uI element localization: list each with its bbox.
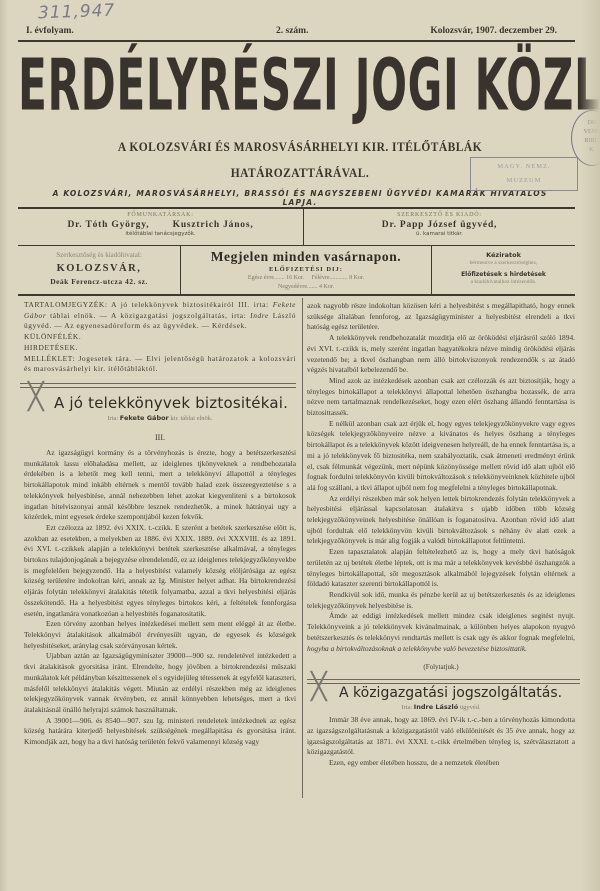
article-2-title: A közigazgatási jogszolgáltatás. — [339, 685, 562, 701]
article-1-paragraph: E nélkül azonban csak azt érjük el, hogy… — [307, 419, 575, 494]
toc-melleklet: MELLÉKLET: Jogesetek tára. — Elvi jelent… — [24, 354, 296, 375]
contributors-label: FŐMUNKATÁRSAK: — [18, 212, 303, 218]
article-2-byline: Irta: Indre László ügyvéd. — [307, 702, 575, 714]
article-1-title: A jó telekkönyvek biztositékai. — [54, 394, 288, 412]
contributors-note: itélőtáblai tanácsjegyzők. — [18, 231, 303, 237]
manuscripts-label: Kéziratok — [432, 251, 575, 259]
masthead-title: ERDÉLYRÉSZI JOGI KÖZLÖNY — [18, 48, 578, 124]
publication-info-box: Szerkesztőség és kiadóhivatal: KOLOZSVÁR… — [18, 246, 575, 296]
article-1-title-block: ╳ A jó telekkönyvek biztositékai. — [24, 398, 296, 409]
price-half-year: Félévre............ 8 Kor. — [312, 275, 365, 281]
continued-label: (Folytatjuk.) — [307, 662, 575, 673]
article-1-continued-fragment: azok nagyobb része indokoltan közösen ké… — [307, 301, 575, 333]
museum-stamp-rect: MAGY. NEMZ. MUZEUM — [470, 157, 578, 191]
editor-label: SZERKESZTŐ ÉS KIADÓ: — [304, 212, 575, 218]
article-1-paragraph: A telekkönyvek rendbehozatalát mozditja … — [307, 333, 575, 376]
section-rule — [307, 679, 580, 684]
issue-info-line: I. évfolyam. 2. szám. Kolozsvár, 1907. d… — [18, 26, 575, 40]
ads-label: Előfizetések s hirdetések — [432, 271, 575, 278]
article-1-paragraph: Ujabban aztán az Igazságügyminiszter 390… — [24, 651, 296, 715]
price-full-year: Egész évre....... 16 Kor. — [248, 275, 304, 281]
editor-note: ü. kamarai titkár. — [304, 231, 575, 237]
issue-number: 2. szám. — [276, 26, 308, 36]
price-quarter-year: Negyedévre....... 4 Kor. — [181, 283, 431, 291]
header-rule — [18, 40, 575, 42]
office-cell: Szerkesztőség és kiadóhivatal: KOLOZSVÁR… — [18, 246, 181, 294]
article-1-paragraph: Mind azok az intézkedések azonban csak a… — [307, 376, 575, 419]
publication-schedule: Megjelen minden vasárnapon. — [181, 249, 431, 265]
editor-cell: SZERKESZTŐ ÉS KIADÓ: Dr. Papp József ügy… — [304, 209, 575, 245]
article-1-final-paragraph: Ámde az eddigi intézkedések mellett mind… — [307, 611, 575, 654]
article-1-section-number: III. — [24, 433, 296, 444]
subscription-cell: Megjelen minden vasárnapon. ELŐFIZETÉSI … — [181, 246, 432, 294]
article-1-byline: Irta: Fekete Gábor kir. táblai elnök. — [24, 413, 296, 425]
column-divider — [302, 298, 303, 798]
article-1-paragraph: Ezen tapasztalatok alapján feltételezhet… — [307, 547, 575, 590]
contributors-cell: FŐMUNKATÁRSAK: Dr. Tóth György, Kusztric… — [18, 209, 304, 245]
toc-hirdetesek: HIRDETÉSEK. — [24, 343, 296, 354]
contributor-kusztrich: Kusztrich János, — [173, 220, 254, 230]
contributor-toth: Dr. Tóth György, — [67, 220, 149, 230]
article-2-title-block: ╳ A közigazgatási jogszolgáltatás. — [307, 688, 575, 699]
article-1-paragraph: Ezen törvény azonban helyes intézkedései… — [24, 619, 296, 651]
section-rule — [20, 383, 296, 388]
office-city: KOLOZSVÁR, — [18, 263, 180, 274]
pen-mark-x-icon: ╳ — [28, 392, 44, 403]
editor-name: Dr. Papp József ügyvéd, — [304, 220, 575, 230]
subtitle-line-1: A KOLOZSVÁRI ÉS MAROSVÁSÁRHELYI KIR. ITÉ… — [24, 140, 576, 155]
subtitle-line-3: A KOLOZSVÁRI, MAROSVÁSÁRHELYI, BRASSÓI É… — [40, 189, 560, 207]
toc-line-1: TARTALOMJEGYZÉK: A jó telekkönyvek bizto… — [24, 300, 269, 309]
article-1-paragraph: Az erdélyi részekben már sok helyen lett… — [307, 494, 575, 548]
right-column: azok nagyobb része indokoltan közösen ké… — [307, 301, 575, 769]
manuscripts-note: bérmentve a szerkesztőséghez, — [432, 260, 575, 266]
article-1-paragraph: Rendkivül sok idő, munka és pénzbe kerül… — [307, 590, 575, 611]
newspaper-page: 311,947 I. évfolyam. 2. szám. Kolozsvár,… — [0, 0, 600, 891]
volume-label: I. évfolyam. — [26, 26, 74, 36]
table-of-contents: TARTALOMJEGYZÉK: A jó telekkönyvek bizto… — [24, 300, 296, 375]
handwritten-catalog-number: 311,947 — [38, 1, 116, 24]
emphasized-conclusion: hogyha a birtokváltozásoknak a telekköny… — [307, 644, 527, 653]
office-address: Deák Ferencz-utcza 42. sz. — [18, 277, 180, 286]
article-1-paragraph: Az igazságügyi kormány és a törvényhozás… — [24, 448, 296, 523]
office-label: Szerkesztőség és kiadóhivatal: — [18, 251, 180, 259]
place-date: Kolozsvár, 1907. deczember 29. — [430, 26, 557, 36]
article-1-author: Fekete Gábor — [120, 414, 169, 422]
article-1-paragraph: Ezt czélozza az 1892. évi XXIX. t.-czikk… — [24, 523, 296, 619]
article-2-paragraph: Ezen, egy ember életében hosszu, de a ne… — [307, 758, 575, 769]
submissions-cell: Kéziratok bérmentve a szerkesztőséghez, … — [432, 246, 575, 294]
staff-box: FŐMUNKATÁRSAK: Dr. Tóth György, Kusztric… — [18, 209, 575, 246]
toc-kulonfelek: KÜLÖNFÉLÉK. — [24, 332, 296, 343]
left-column: TARTALOMJEGYZÉK: A jó telekkönyvek bizto… — [24, 300, 296, 748]
article-1-paragraph: A 39001—906. és 8540—907. szu Ig. minist… — [24, 716, 296, 748]
ads-note: a kiadóhivatalhoz intézendők. — [432, 279, 575, 285]
article-2-author: Indre László — [414, 703, 458, 711]
toc-author-indre: Indre — [250, 311, 269, 320]
article-2-paragraph: Immár 38 éve annak, hogy az 1869. évi IV… — [307, 715, 575, 758]
subscription-label: ELŐFIZETÉSI DIJ: — [181, 266, 431, 273]
pen-mark-x-icon: ╳ — [311, 682, 327, 693]
